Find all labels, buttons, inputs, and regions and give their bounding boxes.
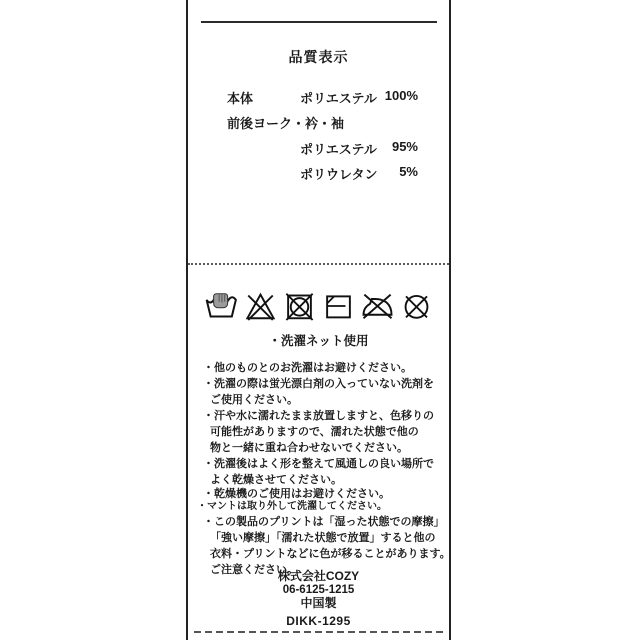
instruction-line: ・他のものとのお洗濯はお避けください。 [203, 360, 447, 376]
laundry-net-note: ・洗濯ネット使用 [188, 331, 449, 349]
do-not-tumble-dry-icon [282, 287, 317, 325]
composition-percent: 95% [354, 139, 418, 154]
composition-row: ポリエステル 95% [188, 139, 449, 157]
instruction-line: ・洗濯後はよく形を整えて風通しの良い場所で [203, 456, 447, 472]
instruction-line: ・乾燥機のご使用はお避けください。 [203, 488, 447, 501]
flat-dry-in-shade-icon [321, 287, 356, 325]
hand-wash-icon [204, 287, 239, 325]
composition-part: 本体 [227, 88, 253, 107]
country-of-origin: 中国製 [188, 597, 449, 611]
top-divider [201, 21, 437, 23]
care-instructions: ・他のものとのお洗濯はお避けください。 ・洗濯の際は蛍光漂白剤の入っていない洗剤… [203, 360, 447, 578]
instruction-line: 可能性がありますので、濡れた状態で他の [203, 424, 447, 440]
company-name: 株式会社COZY [188, 570, 449, 584]
care-label: 品質表示 本体 ポリエステル 100% 前後ヨーク・衿・袖 ポリエステル 95%… [186, 0, 451, 640]
composition-part: 前後ヨーク・衿・袖 [227, 113, 344, 132]
instruction-line: ・マントは取り外して洗濯してください。 [197, 501, 447, 514]
composition-row: 前後ヨーク・衿・袖 [188, 113, 449, 131]
instruction-line: 衣料・プリントなどに色が移ることがあります。 [203, 546, 447, 562]
manufacturer-info: 株式会社COZY 06-6125-1215 中国製 DIKK-1295 [188, 570, 449, 628]
bottom-cut-line [194, 631, 444, 633]
composition-row: ポリウレタン 5% [188, 164, 449, 182]
instruction-line: ・汗や水に濡れたまま放置しますと、色移りの [203, 408, 447, 424]
composition-percent: 5% [354, 164, 418, 179]
instruction-line: ・この製品のプリントは「湿った状態での摩擦」 [203, 514, 447, 530]
care-label-page: 品質表示 本体 ポリエステル 100% 前後ヨーク・衿・袖 ポリエステル 95%… [0, 0, 640, 640]
do-not-bleach-icon [243, 287, 278, 325]
section-divider-dotted [188, 263, 449, 265]
instruction-line: 「強い摩擦」「濡れた状態で放置」すると他の [203, 530, 447, 546]
instruction-line: ご使用ください。 [203, 392, 447, 408]
care-symbols-row [188, 287, 449, 325]
phone-number: 06-6125-1215 [188, 584, 449, 598]
composition-percent: 100% [354, 88, 418, 103]
label-title: 品質表示 [188, 47, 449, 67]
instruction-line: ・洗濯の際は蛍光漂白剤の入っていない洗剤を [203, 376, 447, 392]
do-not-iron-icon [360, 287, 395, 325]
composition-row: 本体 ポリエステル 100% [188, 88, 449, 106]
product-code: DIKK-1295 [188, 615, 449, 629]
instruction-line: よく乾燥させてください。 [203, 472, 447, 488]
do-not-dry-clean-icon [399, 287, 434, 325]
instruction-line: 物と一緒に重ね合わせないでください。 [203, 440, 447, 456]
